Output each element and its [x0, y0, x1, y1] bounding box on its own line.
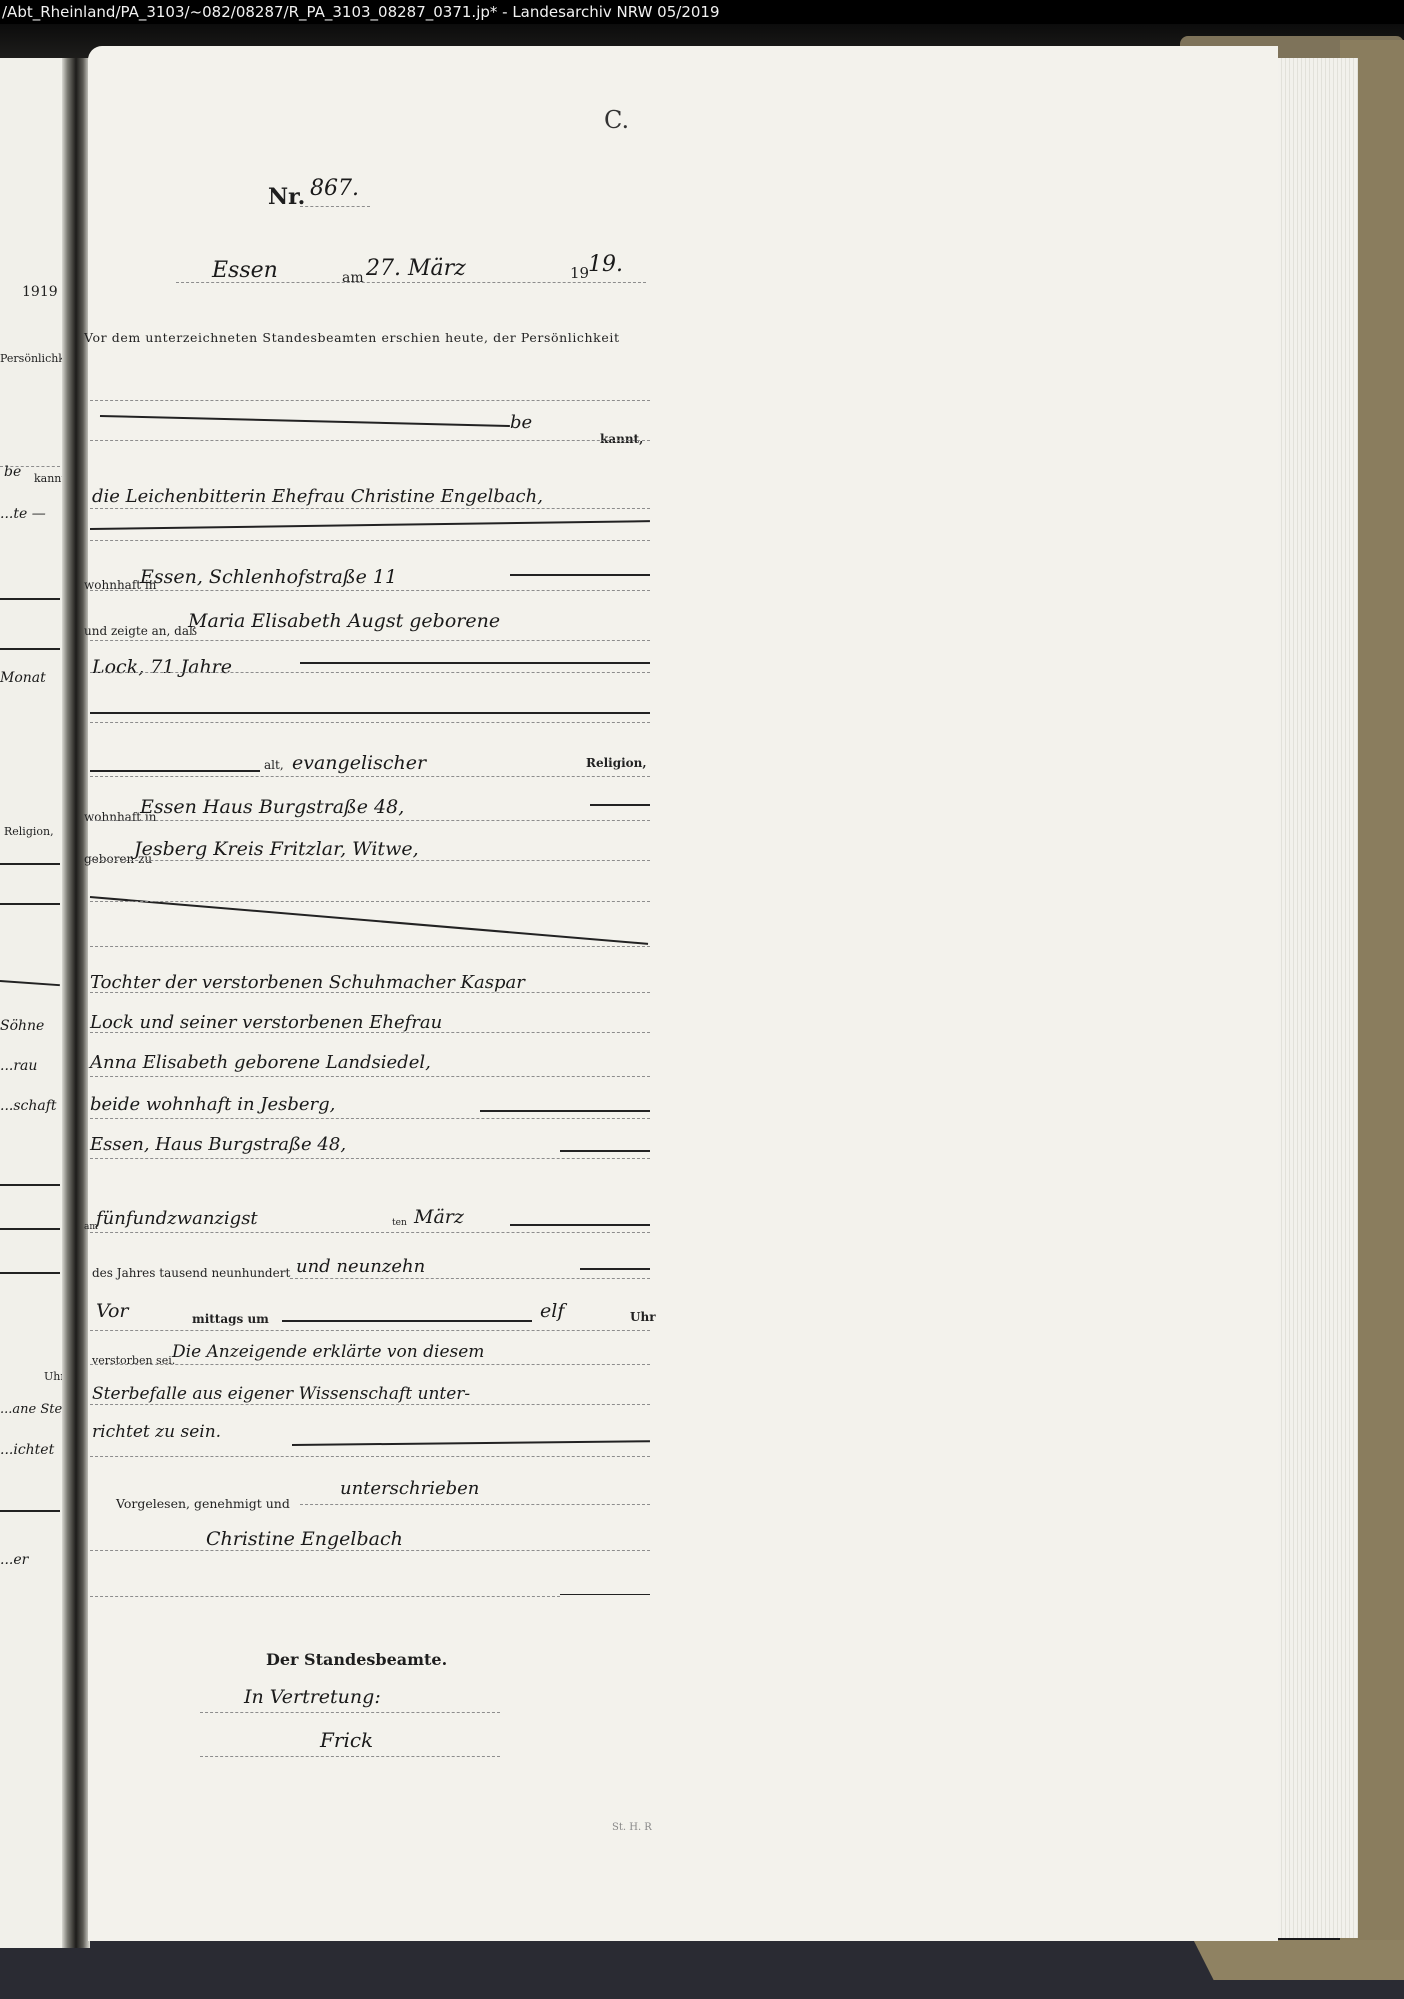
record-official-1: In Vertretung:: [244, 1686, 381, 1708]
record-day: fünfundzwanzigst: [96, 1208, 258, 1229]
record-wohnhaft2-value: Essen Haus Burgstraße 48,: [140, 796, 404, 818]
record-standesbeamte-label: Der Standesbeamte.: [266, 1650, 447, 1669]
record-parents-2: Lock und seiner verstorbenen Ehefrau: [90, 1012, 442, 1033]
record-verstorben-label: verstorben sei.: [92, 1354, 175, 1367]
book-cover-bottom: [1180, 1940, 1404, 1980]
record-mittags-label: mittags um: [192, 1312, 269, 1326]
record-alt-label: alt,: [264, 758, 284, 772]
record-religion-label: Religion,: [586, 756, 647, 770]
record-jahres-label: des Jahres tausend neunhundert: [92, 1266, 290, 1280]
left-soehne: Söhne: [0, 1018, 44, 1034]
printer-mark: St. H. R: [612, 1822, 652, 1833]
window-title-bar: /Abt_Rheinland/PA_3103/~082/08287/R_PA_3…: [0, 0, 1404, 24]
page-stack-edges: [1278, 58, 1358, 1938]
record-hour: elf: [540, 1300, 564, 1322]
record-deceased-name-2: Lock, 71 Jahre: [92, 656, 232, 678]
left-schaft: ...schaft: [0, 1098, 57, 1114]
record-parents-4: beide wohnhaft in Jesberg,: [90, 1094, 335, 1115]
record-intro: Vor dem unterzeichneten Standesbeamten e…: [84, 330, 620, 345]
record-year-hand: 19.: [588, 252, 623, 277]
record-wohnhaft-value: Essen, Schlenhofstraße 11: [140, 566, 397, 588]
record-nr-value: 867.: [310, 176, 359, 201]
record-zeigte-label: und zeigte an, daß: [84, 624, 197, 638]
record-deceased-name: Maria Elisabeth Augst geborene: [188, 610, 500, 632]
record-uhr-label: Uhr: [630, 1310, 656, 1324]
left-line-a: ...te —: [0, 506, 46, 522]
record-statement-1: Die Anzeigende erklärte von diesem: [172, 1342, 484, 1362]
record-year-print: 19: [570, 264, 589, 282]
record-date: 27. März: [366, 256, 466, 281]
record-statement-3: richtet zu sein.: [92, 1422, 221, 1442]
left-be: be: [4, 464, 21, 480]
window-title: /Abt_Rheinland/PA_3103/~082/08287/R_PA_3…: [2, 3, 720, 21]
record-geboren-value: Jesberg Kreis Fritzlar, Witwe,: [134, 838, 419, 860]
record-bekannt-hand: be: [510, 412, 532, 433]
record-am-label: am: [342, 270, 364, 286]
record-signature-informant: Christine Engelbach: [206, 1528, 403, 1550]
record-parents-1: Tochter der verstorbenen Schuhmacher Kas…: [90, 972, 525, 993]
record-place-death: Essen, Haus Burgstraße 48,: [90, 1134, 346, 1155]
record-vor: Vor: [96, 1300, 129, 1322]
scan-background-bottom: [0, 1940, 1404, 1999]
left-richtet: ...ichtet: [0, 1442, 54, 1458]
record-vorgelesen-label: Vorgelesen, genehmigt und: [116, 1496, 290, 1511]
record-ten-label: ten: [392, 1218, 407, 1228]
record-month: März: [414, 1206, 464, 1228]
record-parents-3: Anna Elisabeth geborene Landsiedel,: [90, 1052, 431, 1073]
left-monat: Monat: [0, 670, 46, 686]
record-place: Essen: [212, 258, 278, 283]
record-informant: die Leichenbitterin Ehefrau Christine En…: [92, 486, 543, 507]
record-statement-2: Sterbefalle aus eigener Wissenschaft unt…: [92, 1384, 470, 1404]
left-religion: Religion,: [4, 825, 54, 838]
left-year: 1919: [22, 284, 58, 300]
left-frau: ...rau: [0, 1058, 37, 1074]
record-year-words: und neunzehn: [296, 1256, 425, 1277]
record-unterschrieben: unterschrieben: [340, 1478, 479, 1499]
record-official-2: Frick: [320, 1728, 373, 1752]
record-bekannt-label: kannt,: [600, 432, 643, 446]
record-religion-value: evangelischer: [292, 752, 426, 774]
sheet-letter: C.: [604, 106, 629, 134]
left-sig: ...er: [0, 1552, 28, 1568]
